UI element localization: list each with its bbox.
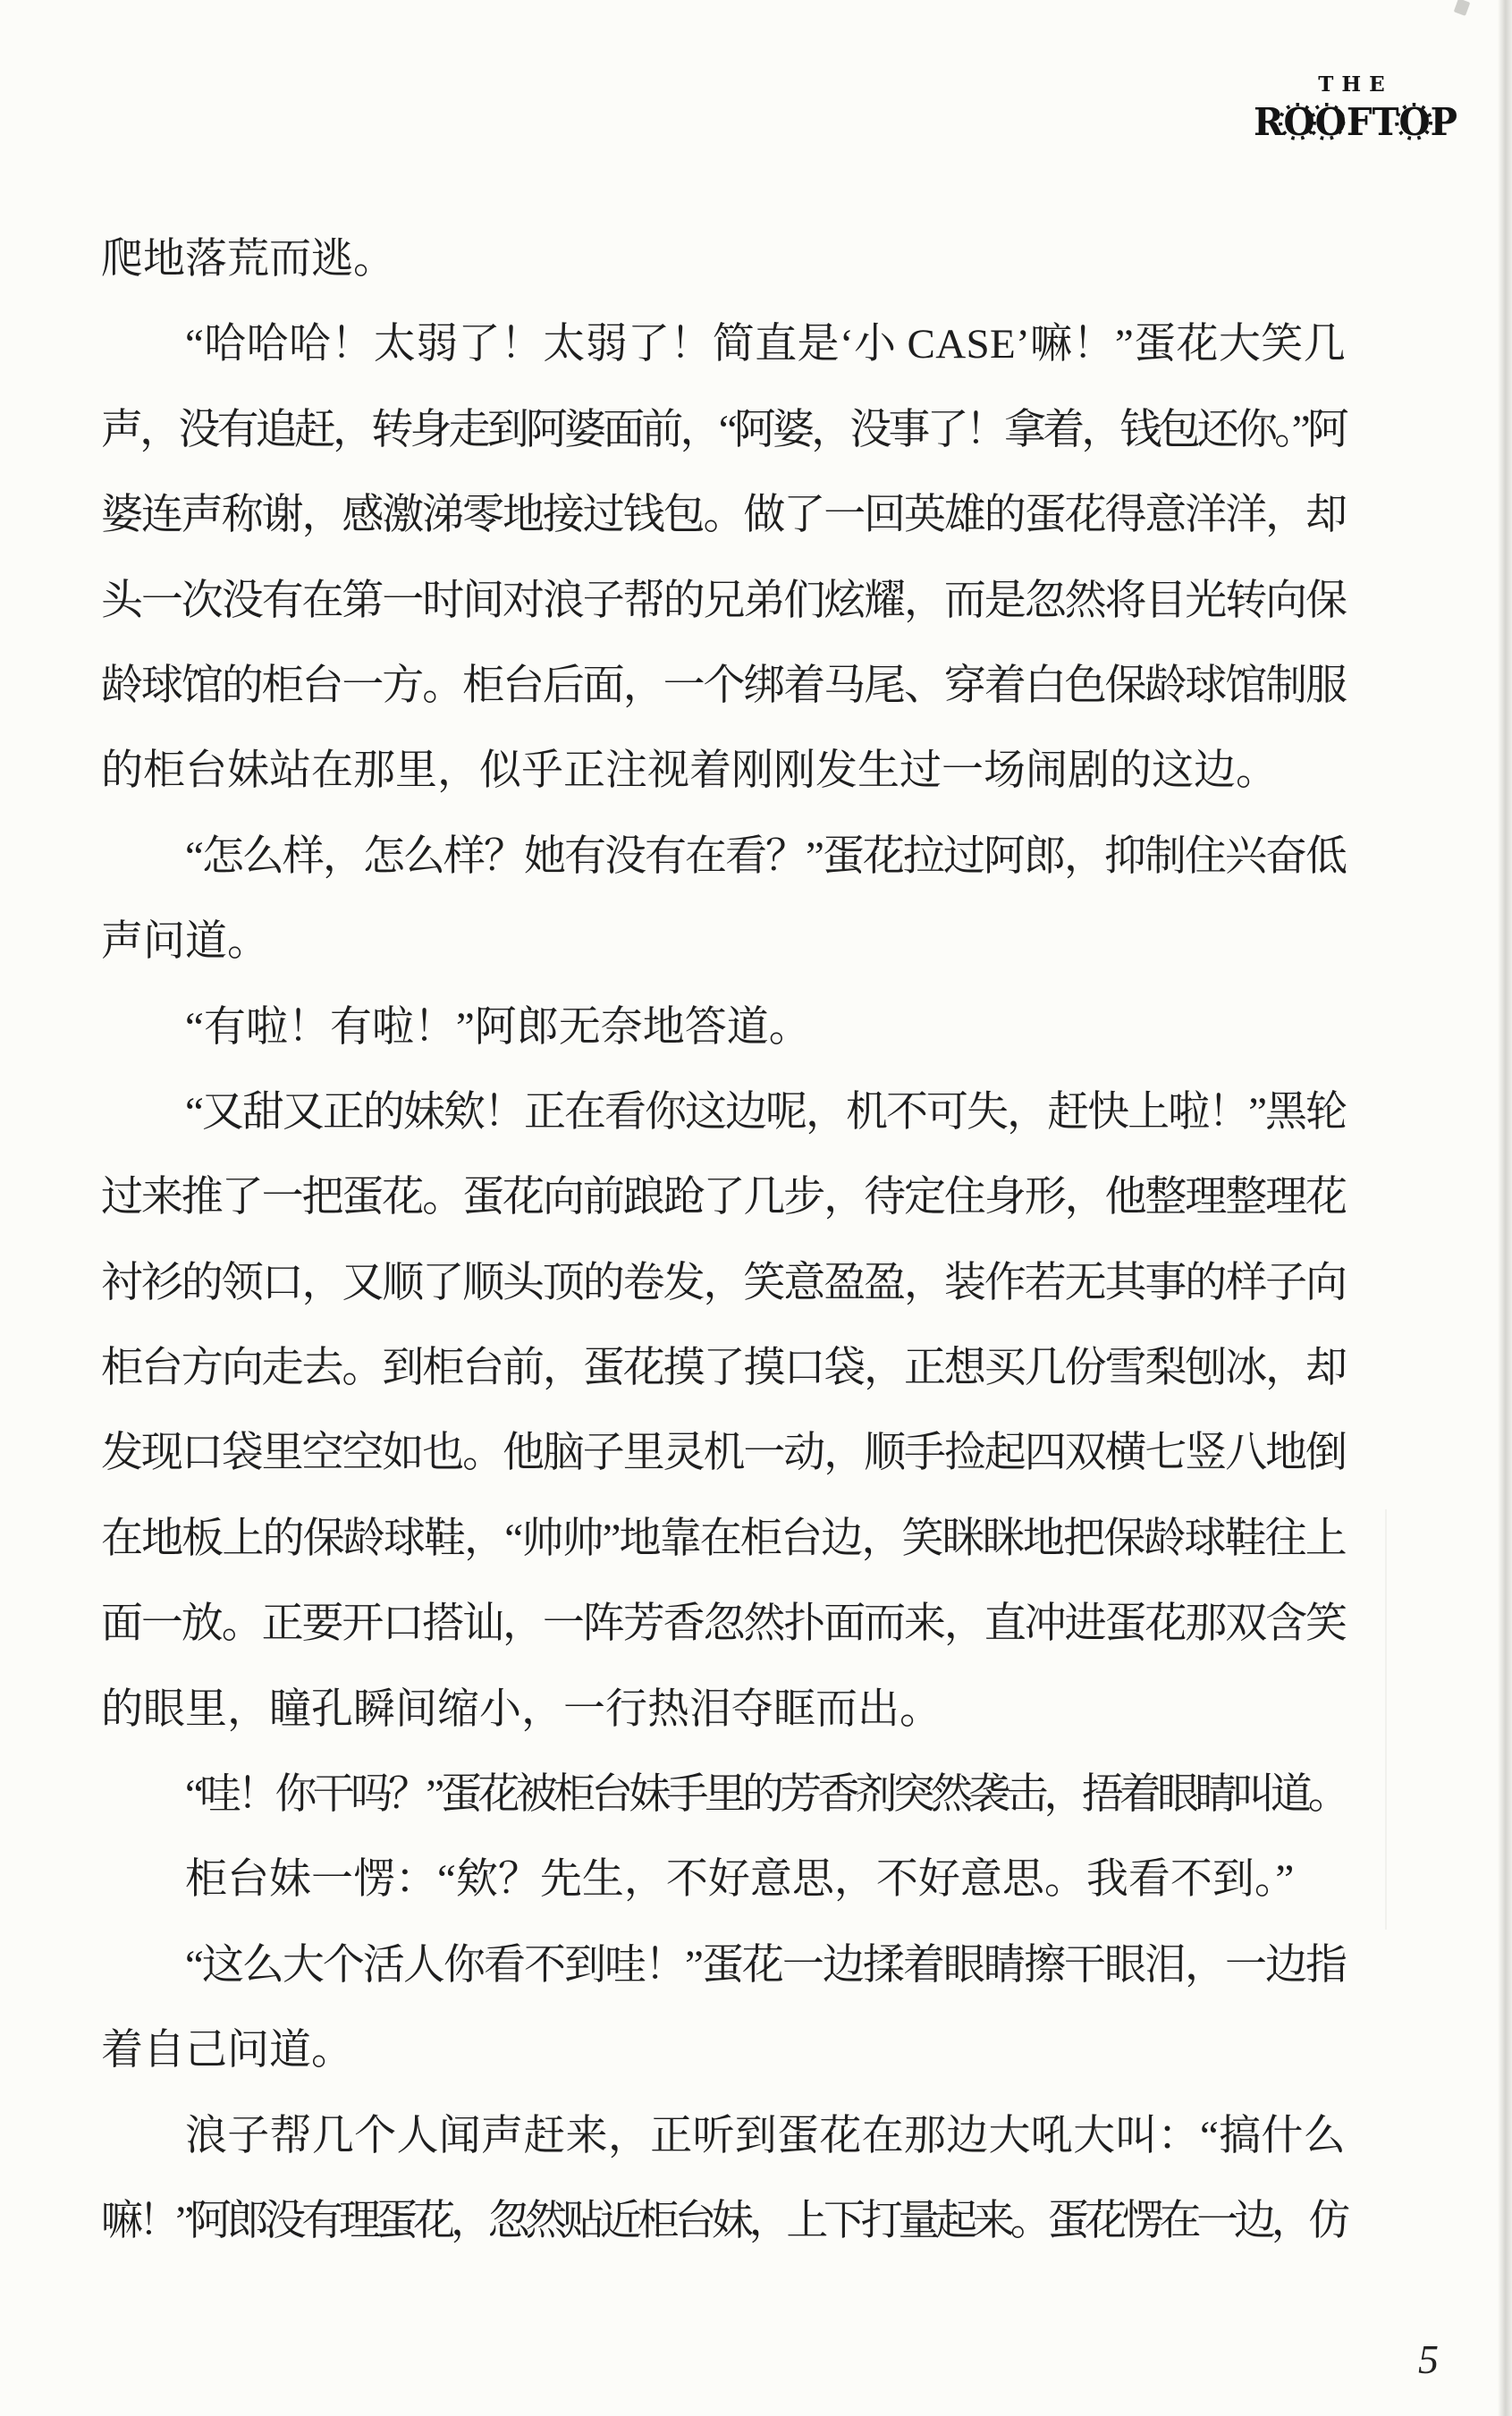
text-line: “又甜又正的妹欸！正在看你这边呢，机不可失，赶快上啦！”黑轮 [101,1070,1346,1155]
text-line: 柜台方向走去。到柜台前，蛋花摸了摸口袋，正想买几份雪梨刨冰，却 [101,1326,1346,1411]
text-line: 在地板上的保龄球鞋，“帅帅”地靠在柜台边，笑眯眯地把保龄球鞋往上 [101,1497,1346,1582]
text-line: 龄球馆的柜台一方。柜台后面，一个绑着马尾、穿着白色保龄球馆制服 [101,644,1346,729]
text-line-content: 在地板上的保龄球鞋，“帅帅”地靠在柜台边，笑眯眯地把保龄球鞋往上 [101,1497,1346,1582]
paper-crease [1385,1509,1387,1930]
text-line-content: 柜台方向走去。到柜台前，蛋花摸了摸口袋，正想买几份雪梨刨冰，却 [101,1326,1346,1411]
text-line: 爬地落荒而逃。 [101,217,1346,302]
text-line: 的眼里，瞳孔瞬间缩小，一行热泪夺眶而出。 [101,1668,1346,1753]
text-line: 面一放。正要开口搭讪，一阵芳香忽然扑面而来，直冲进蛋花那双含笑 [101,1582,1346,1667]
text-line-content: “有啦！有啦！”阿郎无奈地答道。 [185,985,811,1070]
text-line: 发现口袋里空空如也。他脑子里灵机一动，顺手捡起四双横七竖八地倒 [101,1411,1346,1496]
text-line-content: “哇！你干吗？”蛋花被柜台妹手里的芳香剂突然袭击，捂着眼睛叫道。 [185,1753,1346,1837]
text-line: 柜台妹一愣：“欸？先生，不好意思，不好意思。我看不到。” [101,1837,1346,1922]
rooftop-logo: THE ROOFTOP [1248,73,1463,147]
text-line-content: 声问道。 [101,900,269,984]
text-block: 爬地落荒而逃。“哈哈哈！太弱了！太弱了！简直是‘小 CASE’嘛！”蛋花大笑几声… [101,217,1346,2264]
text-line: 婆连声称谢，感激涕零地接过钱包。做了一回英雄的蛋花得意洋洋，却 [101,473,1346,558]
page-number: 5 [1418,2336,1439,2383]
text-line-content: 的眼里，瞳孔瞬间缩小，一行热泪夺眶而出。 [101,1668,942,1753]
text-line-content: 婆连声称谢，感激涕零地接过钱包。做了一回英雄的蛋花得意洋洋，却 [101,473,1346,558]
text-line: 嘛！”阿郎没有理蛋花，忽然贴近柜台妹，上下打量起来。蛋花愣在一边，仿 [101,2179,1346,2264]
text-line-content: 龄球馆的柜台一方。柜台后面，一个绑着马尾、穿着白色保龄球馆制服 [101,644,1346,729]
logo-the-text: THE [1248,73,1463,97]
text-line-content: 声，没有追赶，转身走到阿婆面前，“阿婆，没事了！拿着，钱包还你。”阿 [101,388,1346,473]
text-line: 过来推了一把蛋花。蛋花向前踉跄了几步，待定住身形，他整理整理花 [101,1155,1346,1240]
text-line: “这么大个活人你看不到哇！”蛋花一边揉着眼睛擦干眼泪，一边指 [101,1923,1346,2008]
scan-edge-shadow [1498,0,1512,2416]
text-line-content: 面一放。正要开口搭讪，一阵芳香忽然扑面而来，直冲进蛋花那双含笑 [101,1582,1346,1667]
text-line: 头一次没有在第一时间对浪子帮的兄弟们炫耀，而是忽然将目光转向保 [101,559,1346,644]
text-line: “哈哈哈！太弱了！太弱了！简直是‘小 CASE’嘛！”蛋花大笑几 [101,302,1346,387]
text-line: 的柜台妹站在那里，似乎正注视着刚刚发生过一场闹剧的这边。 [101,729,1346,814]
logo-rooftop-text: ROOFTOP [1254,100,1457,144]
text-line-content: “又甜又正的妹欸！正在看你这边呢，机不可失，赶快上啦！”黑轮 [185,1070,1346,1155]
text-line-content: “怎么样，怎么样？她有没有在看？”蛋花拉过阿郎，抑制住兴奋低 [185,815,1346,900]
text-line: “有啦！有啦！”阿郎无奈地答道。 [101,985,1346,1070]
text-line: “怎么样，怎么样？她有没有在看？”蛋花拉过阿郎，抑制住兴奋低 [101,815,1346,900]
text-line-content: “哈哈哈！太弱了！太弱了！简直是‘小 CASE’嘛！”蛋花大笑几 [185,302,1346,387]
text-line: 着自己问道。 [101,2008,1346,2093]
text-line: 声问道。 [101,900,1346,984]
text-line-content: 发现口袋里空空如也。他脑子里灵机一动，顺手捡起四双横七竖八地倒 [101,1411,1346,1496]
text-line-content: 头一次没有在第一时间对浪子帮的兄弟们炫耀，而是忽然将目光转向保 [101,559,1346,644]
text-line-content: 爬地落荒而逃。 [101,217,395,302]
text-line-content: “这么大个活人你看不到哇！”蛋花一边揉着眼睛擦干眼泪，一边指 [185,1923,1346,2008]
text-line-content: 着自己问道。 [101,2008,353,2093]
text-line-content: 过来推了一把蛋花。蛋花向前踉跄了几步，待定住身形，他整理整理花 [101,1155,1346,1240]
text-line: “哇！你干吗？”蛋花被柜台妹手里的芳香剂突然袭击，捂着眼睛叫道。 [101,1753,1346,1837]
text-line-content: 嘛！”阿郎没有理蛋花，忽然贴近柜台妹，上下打量起来。蛋花愣在一边，仿 [101,2179,1346,2264]
text-line-content: 浪子帮几个人闻声赶来，正听到蛋花在那边大吼大叫：“搞什么 [185,2094,1346,2179]
text-line-content: 柜台妹一愣：“欸？先生，不好意思，不好意思。我看不到。” [185,1837,1294,1922]
text-line-content: 衬衫的领口，又顺了顺头顶的卷发，笑意盈盈，装作若无其事的样子向 [101,1241,1346,1326]
text-line-content: 的柜台妹站在那里，似乎正注视着刚刚发生过一场闹剧的这边。 [101,729,1278,814]
scan-smudge [1454,0,1471,16]
text-line: 声，没有追赶，转身走到阿婆面前，“阿婆，没事了！拿着，钱包还你。”阿 [101,388,1346,473]
text-line: 浪子帮几个人闻声赶来，正听到蛋花在那边大吼大叫：“搞什么 [101,2094,1346,2179]
rooftop-wordmark: ROOFTOP [1248,95,1463,147]
text-line: 衬衫的领口，又顺了顺头顶的卷发，笑意盈盈，装作若无其事的样子向 [101,1241,1346,1326]
